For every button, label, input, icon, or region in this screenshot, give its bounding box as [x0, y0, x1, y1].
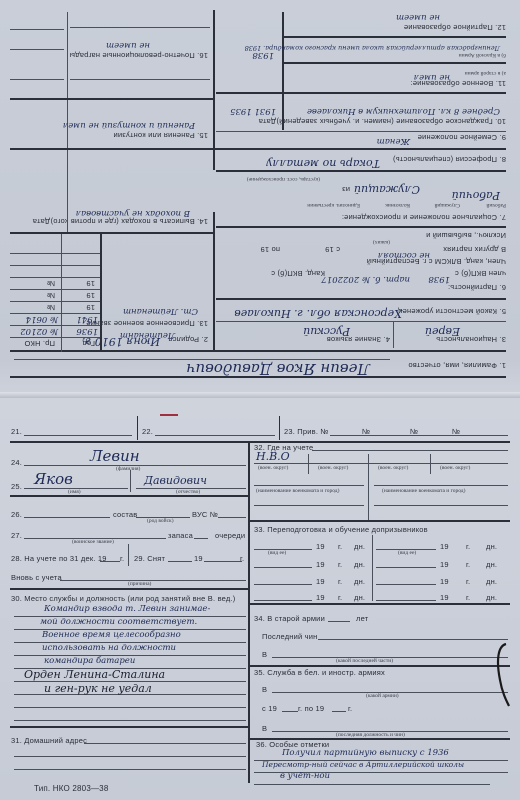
field-28-line [100, 561, 120, 562]
field-6-other-label: В других партиях [443, 245, 506, 254]
field-26-vus: ВУС № [192, 510, 218, 519]
divider [10, 253, 100, 254]
year-label: 19 [440, 542, 449, 551]
column-divider [61, 234, 62, 352]
field-23-line [330, 435, 508, 436]
field-25-label: 25. [11, 482, 22, 491]
field-32-value: Н.В.О [256, 450, 290, 463]
field-27-line-2 [194, 538, 208, 539]
field-32-caption-4: (воен. округ) [440, 465, 470, 471]
line [84, 743, 246, 744]
field-5-value: Херсонская обл. г. Николаев [234, 307, 402, 320]
column-divider [128, 544, 129, 566]
field-16-value: не имеет [106, 40, 150, 50]
field-10-date: 1931 1935 [230, 106, 276, 116]
field-11-old-label: а) в старой армии [465, 70, 506, 76]
field-24-label: 24. [11, 458, 22, 467]
paper-fold [0, 392, 520, 398]
field-8-value: Токарь по металлу [266, 157, 380, 170]
field-6-other-caption: (каких) [373, 239, 390, 245]
divider [216, 226, 506, 228]
line [374, 505, 508, 506]
field-35-to: г. по 19 [298, 704, 324, 713]
field-15-value: Ранений и контузий не имел [63, 120, 195, 130]
divider [10, 79, 64, 80]
dn-label: дн. [486, 560, 497, 569]
field-6-cand: Канд. ВКП(б) с [271, 269, 325, 278]
rank-order-2: № 0614 [26, 314, 58, 324]
field-7-col-4: Единолич. крестьянин [307, 202, 360, 208]
field-14-date-label: Дата [33, 217, 50, 226]
field-6-expelled: Исключ., выбывший и [426, 231, 506, 240]
divider [10, 289, 100, 290]
field-6-label: 6. Партийность: [448, 283, 506, 292]
field-6-other-from: с 19 [325, 245, 340, 254]
field-7-value-2: Служащий [354, 183, 420, 196]
rank-order-4: № [47, 291, 55, 300]
field-26-label: 26. [11, 510, 22, 519]
dn-label: дн. [354, 593, 365, 602]
field-22-label: 22. [142, 427, 153, 436]
field-21-line [24, 435, 132, 436]
field-7-value-1: Рабочий [452, 189, 500, 202]
field-30-award-1: Орден Ленина-Сталина [24, 668, 165, 681]
line [14, 720, 246, 721]
field-10-value: Среднее 8 кл. Политехникум в Николаеве [307, 106, 500, 116]
divider [70, 27, 210, 28]
ink-mark [160, 414, 178, 416]
field-32-name-caption-1: (наименование военкомата и город) [256, 488, 339, 494]
dn-label: дн. [486, 577, 497, 586]
field-3-value: Еврей [425, 325, 460, 338]
column-divider [372, 535, 373, 601]
field-16-label: 16. Почетно-революционные награды [69, 51, 208, 60]
field-13-order-header: Пр. НКО [24, 339, 55, 348]
field-6-other-to: по 19 [260, 245, 280, 254]
field-6-vkpb-label: член ВКП(б) с [455, 269, 506, 278]
training-caption: (вид ее) [398, 550, 416, 556]
dn-label: дн. [486, 593, 497, 602]
field-30-line-1: Командир взвода т. Левин занимае- [44, 604, 210, 614]
line [254, 567, 312, 568]
divider [10, 313, 100, 314]
line [254, 784, 490, 785]
line [14, 756, 246, 757]
field-26-rod-caption: (род войск) [147, 518, 174, 524]
divider [10, 350, 506, 352]
year-label: 19 [440, 560, 449, 569]
field-7-iz: из [342, 185, 350, 194]
divider [393, 322, 394, 348]
year-label: 19 [316, 560, 325, 569]
line [332, 711, 346, 712]
field-30-line-2: мой должности соответствует. [40, 617, 197, 627]
field-34-last-rank: Последний чин [262, 632, 318, 641]
field-1-value: Левин Яков Давидович [186, 360, 370, 378]
field-23-no3: № [452, 427, 460, 436]
divider [10, 325, 100, 326]
divider [70, 79, 210, 80]
field-34-v: В [262, 650, 267, 659]
field-13-value-1: Лейтенант [120, 330, 175, 340]
divider [284, 62, 506, 64]
line [318, 639, 508, 640]
g-label: г. [466, 542, 470, 551]
field-1-label: 1. Фамилия, имя, отчество [408, 361, 506, 370]
g-label: г. [338, 542, 342, 551]
field-24-caption: (фамилия) [116, 466, 140, 472]
field-35-from: с 19 [262, 704, 277, 713]
field-10-date-label: Дата [259, 117, 276, 126]
field-32-caption-1: (воен. округ) [258, 465, 288, 471]
field-9-value: Женат [377, 136, 410, 146]
field-7-caption: (кустарь, сост. происхождение) [247, 176, 320, 182]
field-30-label: 30. Место службы и должность (или род за… [11, 594, 235, 603]
g-label: г. [338, 577, 342, 586]
field-22-line [155, 435, 275, 436]
field-29-year: 19 [194, 554, 203, 563]
year-label: 19 [440, 577, 449, 586]
divider [250, 520, 510, 522]
line [254, 505, 364, 506]
g-label: г. [466, 577, 470, 586]
field-7-col-1: Рабочий [486, 202, 506, 208]
field-33-label: 33. Переподготовка и обучение допризывни… [254, 525, 428, 534]
field-21-label: 21. [11, 427, 22, 436]
field-11-red-label: б) в Красной Армии [459, 52, 506, 58]
field-36-line-1: Получил партийную выписку с 1936 [282, 748, 449, 758]
line [14, 707, 246, 708]
divider [216, 170, 506, 172]
divider [10, 265, 100, 266]
field-36-line-3: в учёт-ной [280, 771, 330, 781]
field-14-label: 14. Выписать в походах (где и против ког… [50, 217, 208, 226]
divider [10, 588, 248, 590]
rank-order-1: № 02102 [20, 326, 58, 336]
field-13-value-2: Ст. Лейтенант [123, 306, 198, 316]
field-32-caption-2: (воен. округ) [318, 465, 348, 471]
form-top-half-inverted: 1. Фамилия, имя, отчество Левин Яков Дав… [0, 0, 520, 400]
field-29-suffix: г. [240, 554, 244, 563]
field-15-label: 15. Ранения или контузии [113, 131, 208, 140]
divider [284, 36, 506, 38]
rank-year-3: 19 [86, 303, 95, 312]
divider [216, 92, 506, 94]
divider [10, 29, 64, 30]
field-7-col-2: Служащий [435, 202, 460, 208]
field-27-label: 27. [11, 531, 22, 540]
field-28-suffix: г. [120, 554, 124, 563]
line [254, 485, 364, 486]
divider [216, 131, 506, 132]
rank-year-4: 19 [86, 291, 95, 300]
field-30-line-3: Военное время целесообразно [42, 630, 181, 640]
field-16-date: 1938 [252, 50, 274, 60]
divider [10, 98, 215, 100]
year-label: 19 [440, 593, 449, 602]
field-26-line [24, 517, 110, 518]
column-divider [248, 443, 250, 783]
g-label: г. [338, 560, 342, 569]
field-23-label: 23. Прив. № [284, 427, 329, 436]
line [254, 584, 312, 585]
field-30-line-4: использовать на должности [42, 643, 176, 653]
field-35-g: г. [348, 704, 352, 713]
field-23-no2: № [410, 427, 418, 436]
deregistration-caption: (причина) [128, 581, 151, 587]
field-13-year-header: Год [82, 339, 95, 348]
field-34-let: лет [356, 614, 368, 623]
divider [250, 603, 510, 605]
form-bottom-half: 21. 22. 23. Прив. № № № № 24. Левин (фам… [0, 400, 520, 800]
field-12-value: не имеет [396, 12, 440, 22]
field-35-label: 35. Служба в бел. и иностр. армиях [254, 668, 385, 677]
divider [10, 277, 100, 278]
line [312, 450, 508, 451]
field-5-label: 5. Какой местности уроженец [398, 307, 506, 316]
column-divider [282, 12, 284, 130]
line [376, 584, 436, 585]
field-7-col-3: Колхозник [385, 202, 410, 208]
field-34-label: 34. В старой армии [254, 614, 325, 623]
field-27-ocheredi: очереди [215, 531, 245, 540]
g-label: г. [338, 593, 342, 602]
field-29-label: 29. Снят [134, 554, 165, 563]
divider [10, 337, 100, 338]
field-24-value: Левин [90, 447, 140, 465]
divider [10, 301, 100, 302]
column-divider [368, 454, 369, 520]
field-30-line-5: командира батареи [44, 656, 135, 666]
field-7-label: 7. Социальное положение и происхождение: [342, 213, 506, 222]
dn-label: дн. [486, 542, 497, 551]
field-27-zapasa: запаса [168, 531, 193, 540]
divider [10, 49, 64, 50]
field-6-other-value: не состоял [378, 250, 430, 260]
divider [250, 665, 510, 667]
line [374, 485, 508, 486]
field-26-vus-line [218, 517, 246, 518]
year-label: 19 [316, 593, 325, 602]
field-28-label: 28. На учете по 31 дек. 19 [11, 554, 107, 563]
divider [10, 148, 506, 150]
field-31-label: 31. Домашний адрес [11, 736, 87, 745]
printer-mark: Тип. НКО 2803—38 [34, 784, 108, 793]
deregistration-line [60, 580, 246, 581]
field-23-no1: № [362, 427, 370, 436]
field-30-award-2: и ген-рук не уедал [44, 682, 152, 695]
column-divider [308, 454, 309, 474]
line [328, 621, 350, 622]
dn-label: дн. [354, 542, 365, 551]
deregistration-label: Вновь с учета [11, 573, 62, 582]
field-13-label: 13. Присвоенное военное звание [86, 319, 208, 328]
field-9-label: 9. Семейное положение [417, 133, 506, 142]
dn-label: дн. [354, 560, 365, 569]
field-32-caption-3: (воен. округ) [378, 465, 408, 471]
divider [10, 232, 215, 234]
field-25-first-name: Яков [34, 470, 73, 488]
line [376, 567, 436, 568]
field-12-label: 12. Партийное образование [404, 23, 506, 32]
field-32-name-caption-2: (наименование военкомата и город) [382, 488, 465, 494]
field-35-army-caption: (какой армии) [366, 693, 399, 699]
line [282, 711, 298, 712]
line [254, 600, 312, 601]
column-divider [100, 234, 102, 352]
field-11-red-value: Ленинградская артиллерийская школа имени… [245, 44, 500, 52]
line [14, 769, 246, 770]
field-4-value: Русский [303, 325, 350, 338]
field-26-sostav: состав [113, 510, 137, 519]
hook-mark [494, 640, 514, 710]
g-label: г. [466, 593, 470, 602]
column-divider [130, 470, 131, 492]
field-29-line [168, 561, 192, 562]
column-divider [137, 416, 138, 440]
line [254, 463, 508, 464]
divider [10, 726, 248, 728]
rank-year-1: 1936 [76, 326, 98, 336]
rank-order-5: № [47, 279, 55, 288]
column-divider [213, 10, 215, 170]
field-6-card: парт. б. № 2022017 [321, 274, 410, 284]
document-scan: 1. Фамилия, имя, отчество Левин Яков Дав… [0, 0, 520, 800]
divider [216, 321, 506, 322]
g-label: г. [466, 560, 470, 569]
training-caption: (вид ее) [268, 550, 286, 556]
divider [10, 495, 248, 497]
dn-label: дн. [354, 577, 365, 586]
rank-year-5: 19 [86, 279, 95, 288]
rank-year-2: 1941 [76, 314, 98, 324]
field-14-value: В походах не участвовал [76, 208, 190, 218]
field-35-v: В [262, 685, 267, 694]
year-label: 19 [316, 577, 325, 586]
field-36-line-2: Пересмотр-ный сейчас в Артиллерийской шк… [262, 760, 464, 769]
field-27-caption: (воинское звание) [72, 539, 114, 545]
field-10-label: 10. Гражданское образование (наимен. и. … [276, 117, 506, 126]
line [376, 600, 436, 601]
year-label: 19 [316, 542, 325, 551]
rank-order-3: № [47, 303, 55, 312]
field-29-line-2 [204, 561, 242, 562]
field-35-v2: В [262, 724, 267, 733]
divider [216, 298, 506, 300]
field-25-patronymic: Давидович [144, 474, 207, 487]
field-11-old-value: не имел [414, 72, 450, 82]
field-8-label: 8. Профессия (специальность) [393, 155, 506, 164]
field-34-caption: (какой последней части) [336, 658, 393, 664]
column-divider [279, 416, 280, 440]
column-divider [430, 454, 431, 474]
field-6-vkpb-year: 1938 [428, 274, 450, 284]
